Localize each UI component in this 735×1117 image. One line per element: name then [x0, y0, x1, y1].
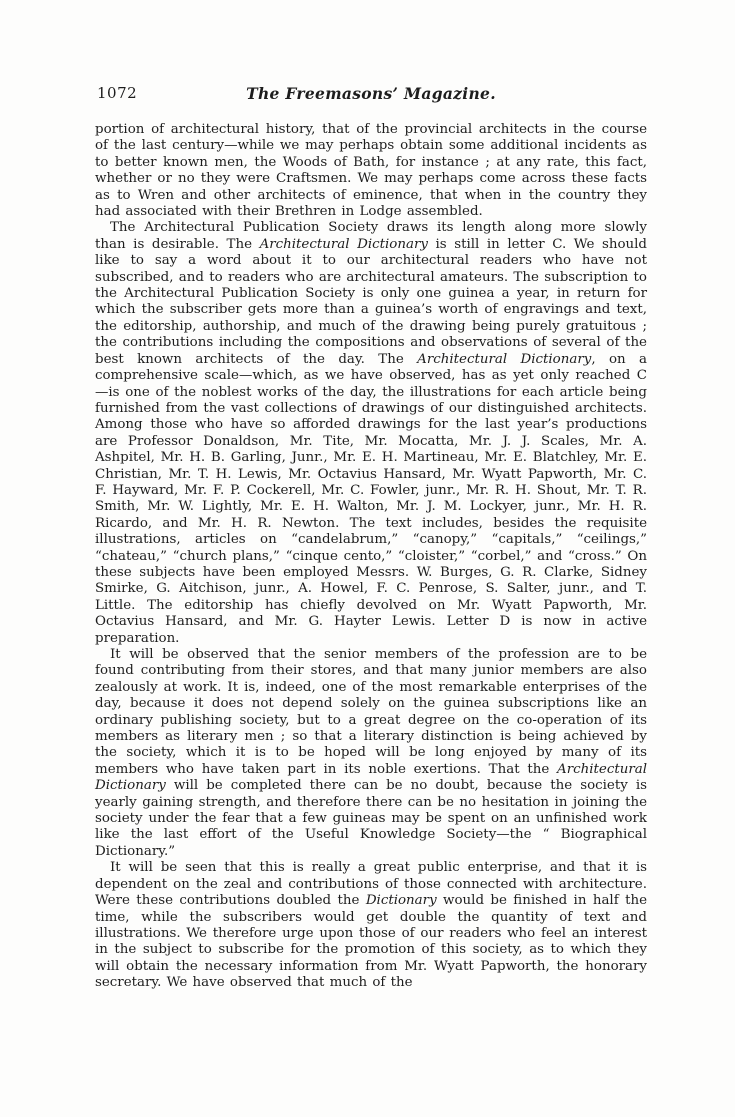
body-paragraph: It will be seen that this is really a gr…: [95, 860, 647, 991]
page-content: 1072 The Freemasons’ Magazine. portion o…: [95, 84, 647, 992]
body-text: portion of architectural history, that o…: [95, 122, 647, 992]
magazine-page: 1072 The Freemasons’ Magazine. portion o…: [0, 0, 735, 1117]
text-run: portion of architectural history, that o…: [95, 122, 647, 219]
text-run: , on a comprehensive scale—which, as we …: [95, 352, 647, 646]
text-run: It will be observed that the senior memb…: [95, 647, 647, 777]
text-run: is still in letter C. We should like to …: [95, 237, 647, 367]
body-paragraph: The Architectural Publication Society dr…: [95, 220, 647, 647]
text-run: will be completed there can be no doubt,…: [95, 778, 647, 859]
italic-text-run: Architectural Dictionary: [260, 237, 428, 252]
body-paragraph: portion of architectural history, that o…: [95, 122, 647, 220]
page-header: 1072 The Freemasons’ Magazine.: [95, 84, 647, 104]
italic-text-run: Architectural Dictionary: [417, 352, 591, 367]
journal-title: The Freemasons’ Magazine.: [95, 84, 647, 103]
italic-text-run: Dictionary: [366, 893, 437, 908]
body-paragraph: It will be observed that the senior memb…: [95, 647, 647, 860]
